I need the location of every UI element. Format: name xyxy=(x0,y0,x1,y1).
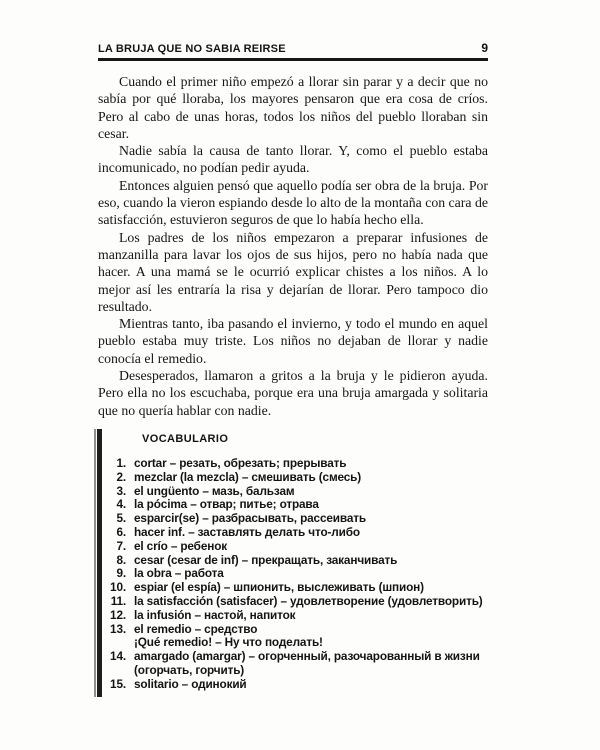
vocab-item-line: la satisfacción (satisfacer) – удовлетво… xyxy=(134,595,488,609)
vocab-item-number: 2. xyxy=(106,471,126,485)
vocab-item-number: 3. xyxy=(106,485,126,499)
vocab-item-line: cortar – резать, обрезать; прерывать xyxy=(134,457,488,471)
paragraph: Nadie sabía la causa de tanto llorar. Y,… xyxy=(98,142,488,177)
page-content: LA BRUJA QUE NO SABIA REIRSE 9 Cuando el… xyxy=(98,0,488,697)
vocab-item-number: 4. xyxy=(106,498,126,512)
vocab-item: 13.el remedio – средство¡Qué remedio! – … xyxy=(106,623,488,651)
vocab-item: 11.la satisfacción (satisfacer) – удовле… xyxy=(106,595,488,609)
vocab-item-line: la infusión – настой, напиток xyxy=(134,609,488,623)
vocab-item: 9.la obra – работа xyxy=(106,567,488,581)
vocabulary-list: 1.cortar – резать, обрезать; прерывать2.… xyxy=(106,457,488,692)
vocab-item-line: solitario – одинокий xyxy=(134,678,488,692)
vocab-item-number: 7. xyxy=(106,540,126,554)
vocab-item-text: solitario – одинокий xyxy=(134,678,488,692)
vocab-item-number: 8. xyxy=(106,554,126,568)
vocab-item-text: mezclar (la mezcla) – смешивать (смесь) xyxy=(134,471,488,485)
vocab-item-number: 13. xyxy=(106,623,126,637)
vocab-item-text: el ungüento – мазь, бальзам xyxy=(134,485,488,499)
vocab-item-line: la pócima – отвар; питье; отрава xyxy=(134,498,488,512)
vocab-item-number: 14. xyxy=(106,650,126,664)
vocab-item-text: el crío – ребенок xyxy=(134,540,488,554)
vocab-item-text: la pócima – отвар; питье; отрава xyxy=(134,498,488,512)
vocab-item-text: esparcir(se) – разбрасывать, рассеивать xyxy=(134,512,488,526)
vocab-item-line: el ungüento – мазь, бальзам xyxy=(134,485,488,499)
vocab-item-line: la obra – работа xyxy=(134,567,488,581)
chapter-title: LA BRUJA QUE NO SABIA REIRSE xyxy=(98,43,286,55)
vocab-item-number: 6. xyxy=(106,526,126,540)
paragraph: Entonces alguien pensó que aquello podía… xyxy=(98,177,488,229)
vocabulary-title: VOCABULARIO xyxy=(142,433,488,445)
vocab-item: 6.hacer inf. – заставлять делать что-либ… xyxy=(106,526,488,540)
book-page: LA BRUJA QUE NO SABIA REIRSE 9 Cuando el… xyxy=(0,0,600,750)
vocab-item-line: hacer inf. – заставлять делать что-либо xyxy=(134,526,488,540)
vocab-item-text: cortar – резать, обрезать; прерывать xyxy=(134,457,488,471)
vocab-item-line: (огорчать, горчить) xyxy=(134,664,488,678)
vocab-item: 10.espiar (el espía) – шпионить, выслежи… xyxy=(106,581,488,595)
story: Cuando el primer niño empezó a llorar si… xyxy=(98,73,488,419)
vocab-item-line: el crío – ребенок xyxy=(134,540,488,554)
vocab-item: 1.cortar – резать, обрезать; прерывать xyxy=(106,457,488,471)
vocab-item: 5.esparcir(se) – разбрасывать, рассеиват… xyxy=(106,512,488,526)
vocab-item: 15.solitario – одинокий xyxy=(106,678,488,692)
vocab-item-text: el remedio – средство¡Qué remedio! – Ну … xyxy=(134,623,488,651)
vocab-item: 2.mezclar (la mezcla) – смешивать (смесь… xyxy=(106,471,488,485)
running-header: LA BRUJA QUE NO SABIA REIRSE 9 xyxy=(98,41,488,61)
vocab-item-text: cesar (cesar de inf) – прекращать, закан… xyxy=(134,554,488,568)
paragraph: Mientras tanto, iba pasando el invierno,… xyxy=(98,315,488,367)
vocab-item-text: la satisfacción (satisfacer) – удовлетво… xyxy=(134,595,488,609)
vocab-item-text: hacer inf. – заставлять делать что-либо xyxy=(134,526,488,540)
vocab-item-number: 11. xyxy=(106,595,126,609)
vocab-item-number: 10. xyxy=(106,581,126,595)
vocab-item-text: amargado (amargar) – огорченный, разочар… xyxy=(134,650,488,678)
vocab-item-line: mezclar (la mezcla) – смешивать (смесь) xyxy=(134,471,488,485)
vocab-item-text: la infusión – настой, напиток xyxy=(134,609,488,623)
vocab-item-line: ¡Qué remedio! – Ну что поделать! xyxy=(134,636,488,650)
vocab-item-number: 15. xyxy=(106,678,126,692)
vocab-item-text: espiar (el espía) – шпионить, выслеживат… xyxy=(134,581,488,595)
vocab-item-number: 5. xyxy=(106,512,126,526)
paragraph: Cuando el primer niño empezó a llorar si… xyxy=(98,73,488,142)
paragraph: Desesperados, llamaron a gritos a la bru… xyxy=(98,367,488,419)
vocab-item: 4.la pócima – отвар; питье; отрава xyxy=(106,498,488,512)
vocab-item-number: 1. xyxy=(106,457,126,471)
vocab-item: 8.cesar (cesar de inf) – прекращать, зак… xyxy=(106,554,488,568)
vocab-item: 12.la infusión – настой, напиток xyxy=(106,609,488,623)
vocab-item-line: espiar (el espía) – шпионить, выслеживат… xyxy=(134,581,488,595)
vocab-item-number: 12. xyxy=(106,609,126,623)
vocab-item-line: amargado (amargar) – огорченный, разочар… xyxy=(134,650,488,664)
page-number: 9 xyxy=(481,41,488,55)
vocab-item-line: cesar (cesar de inf) – прекращать, закан… xyxy=(134,554,488,568)
vocab-item: 3.el ungüento – мазь, бальзам xyxy=(106,485,488,499)
vocab-item-number: 9. xyxy=(106,567,126,581)
vocab-item: 14.amargado (amargar) – огорченный, разо… xyxy=(106,650,488,678)
vocab-item-line: esparcir(se) – разбрасывать, рассеивать xyxy=(134,512,488,526)
paragraph: Los padres de los niños empezaron a prep… xyxy=(98,229,488,315)
vocabulary-rule-thick xyxy=(97,429,102,698)
vocab-item-text: la obra – работа xyxy=(134,567,488,581)
vocab-item-line: el remedio – средство xyxy=(134,623,488,637)
vocabulary-section: VOCABULARIO 1.cortar – резать, обрезать;… xyxy=(94,429,488,698)
vocab-item: 7.el crío – ребенок xyxy=(106,540,488,554)
vocabulary-rule-thin xyxy=(94,429,96,698)
